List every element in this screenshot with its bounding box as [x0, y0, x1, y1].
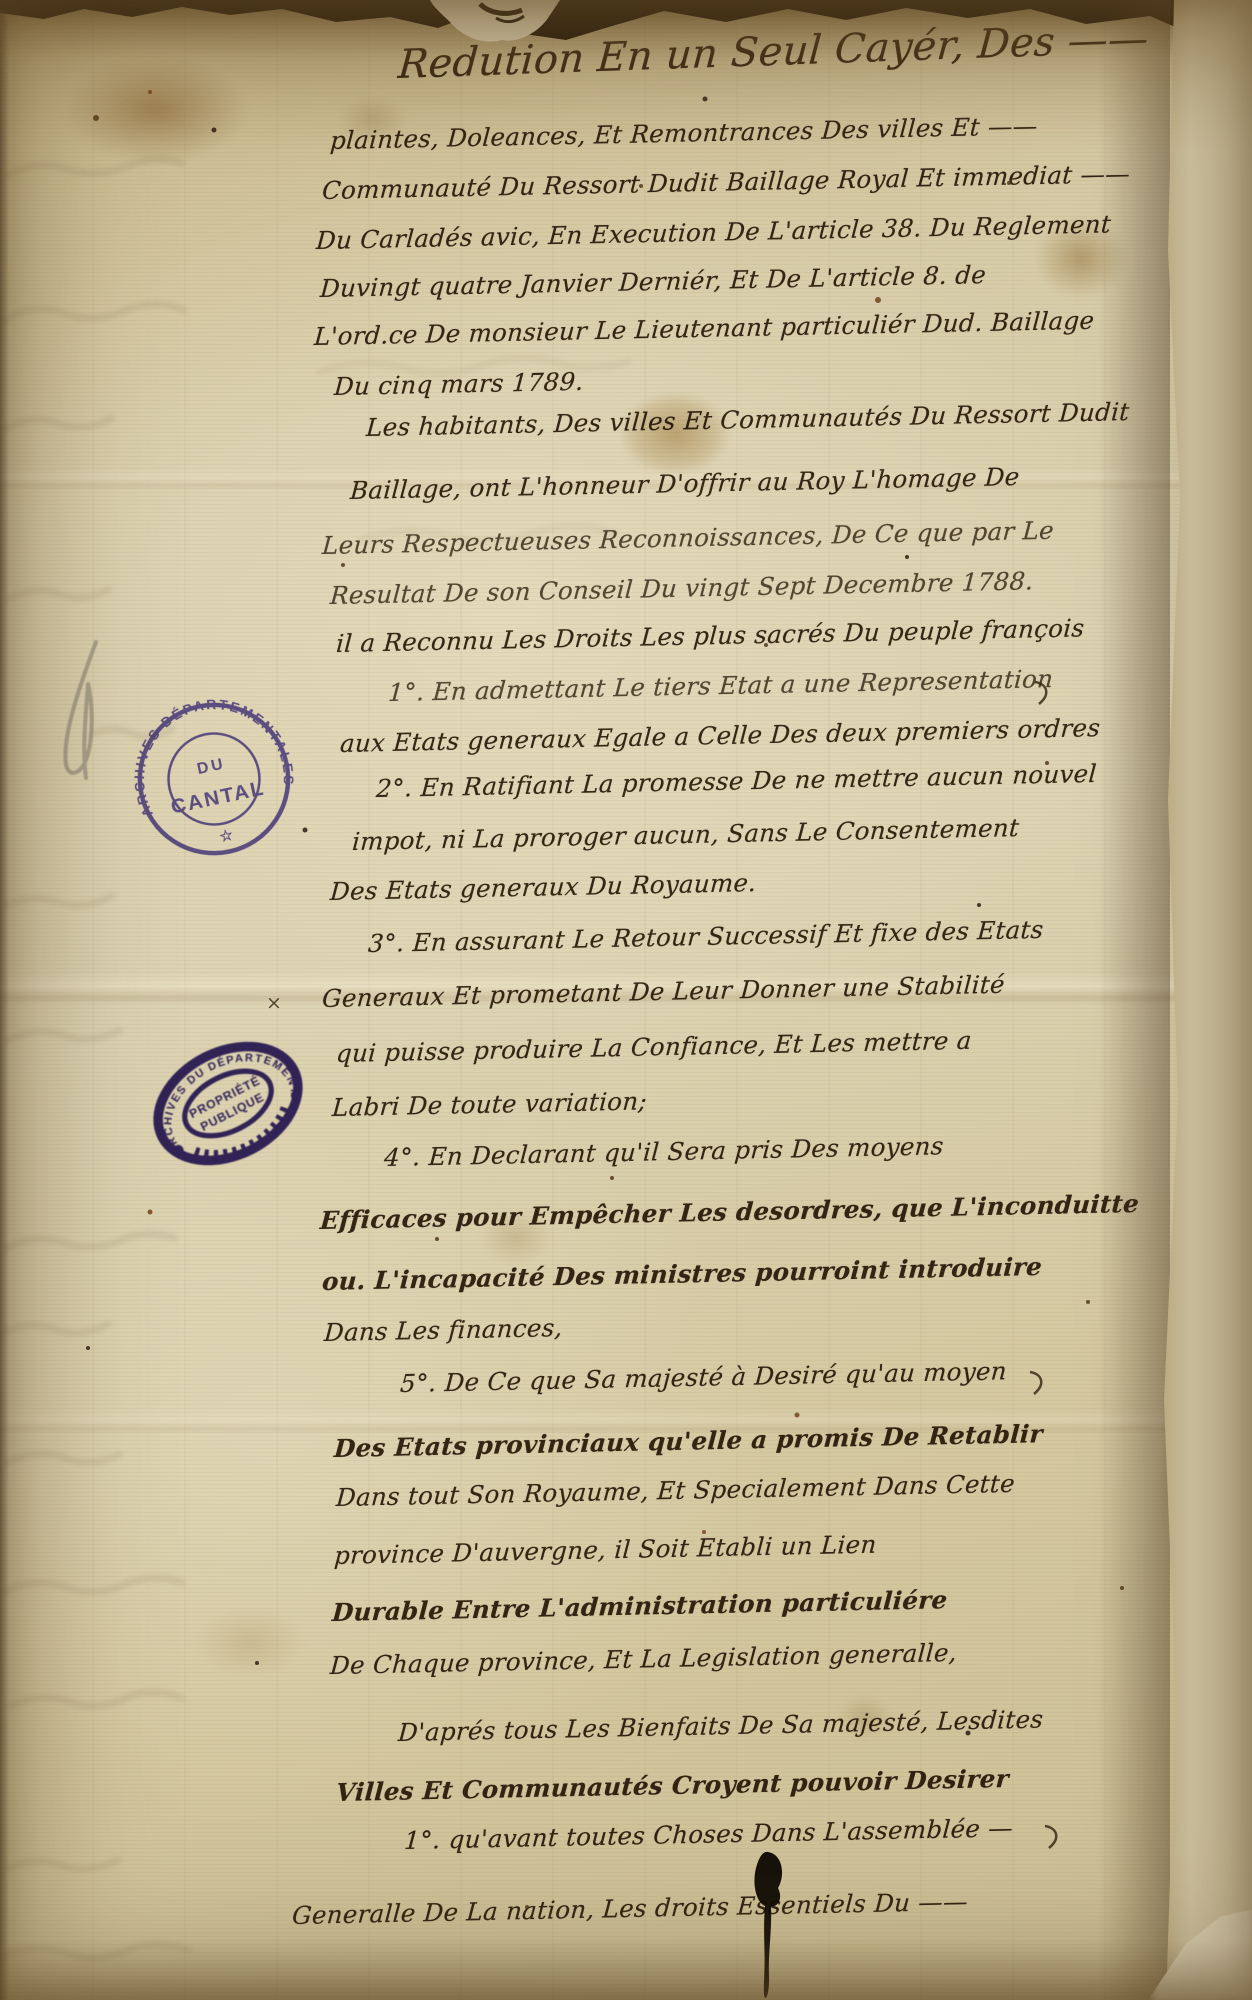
- ink-blot: [738, 1848, 798, 2000]
- document-scan: Redution En un Seul Cayér, Des —— plaint…: [0, 0, 1252, 2000]
- manuscript-page: Redution En un Seul Cayér, Des —— plaint…: [0, 0, 1252, 2000]
- flourish-marks-layer: [0, 0, 1252, 2000]
- torn-paper-flap: [420, 0, 570, 48]
